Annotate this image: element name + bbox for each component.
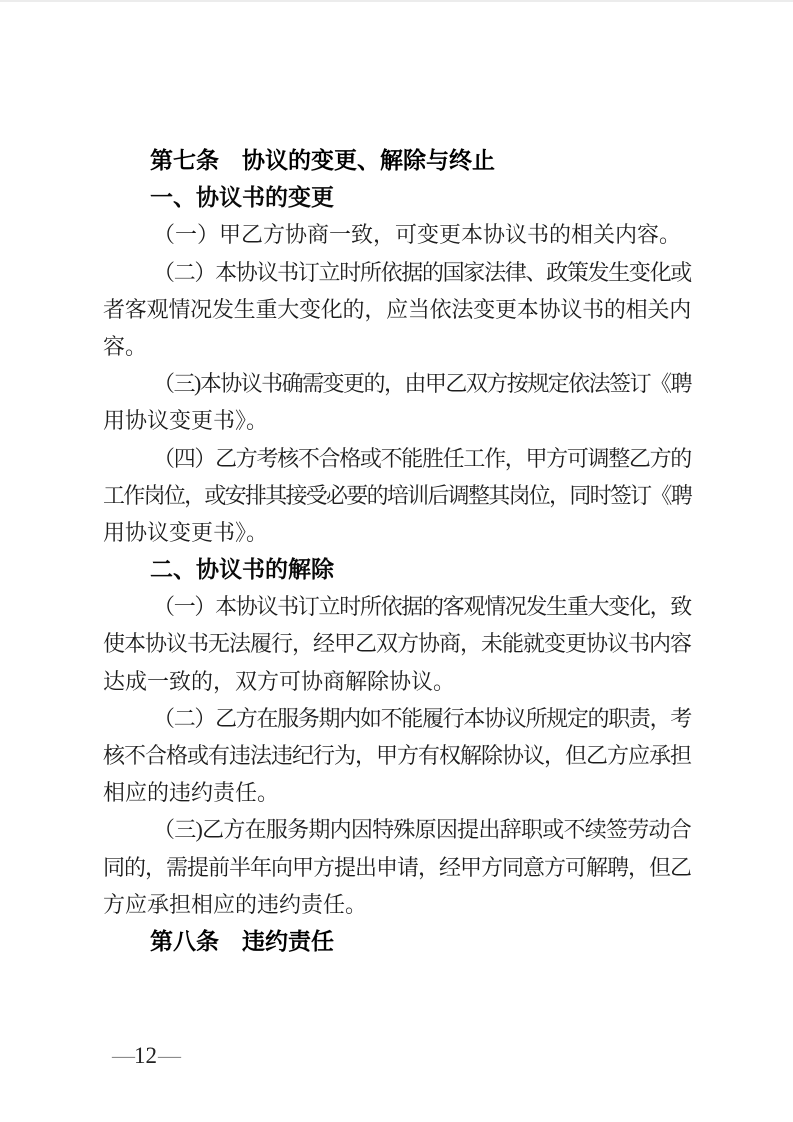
section-heading: 二、协议书的解除 [103,551,691,588]
text-line-content: （二）乙方在服务期内如不能履行本协议所规定的职责，考 [153,700,691,737]
text-line-content: 使本协议书无法履行，经甲乙双方协商，未能就变更协议书内容 [103,625,691,662]
text-line: 容。 [103,328,691,365]
text-line: （三)乙方在服务期内因特殊原因提出辞职或不续签劳动合 [103,811,691,848]
text-line-content: 核不合格或有违法违纪行为，甲方有权解除协议，但乙方应承担 [103,737,691,774]
page-top-edge [0,0,793,2]
text-line-content: 者客观情况发生重大变化的，应当依法变更本协议书的相关内 [103,291,691,328]
page-number-dash-left: — [112,1043,133,1068]
text-line-content: 工作岗位，或安排其接受必要的培训后调整其岗位，同时签订《聘 [103,477,691,514]
text-line-content: （四）乙方考核不合格或不能胜任工作，甲方可调整乙方的 [153,440,691,477]
text-line: 工作岗位，或安排其接受必要的培训后调整其岗位，同时签订《聘 [103,477,691,514]
page-number-dash-right: — [158,1043,179,1068]
text-line-content: 同的，需提前半年向甲方提出申请，经甲方同意方可解聘，但乙 [103,849,691,886]
text-line: 核不合格或有违法违纪行为，甲方有权解除协议，但乙方应承担 [103,737,691,774]
text-line: 方应承担相应的违约责任。 [103,886,691,923]
section-heading: 一、协议书的变更 [103,179,691,216]
text-line: 使本协议书无法履行，经甲乙双方协商，未能就变更协议书内容 [103,625,691,662]
text-line-content: 方应承担相应的违约责任。 [103,886,367,923]
text-line-content: 容。 [103,328,147,365]
text-line-content: （二）本协议书订立时所依据的国家法律、政策发生变化或 [153,254,691,291]
text-line: （四）乙方考核不合格或不能胜任工作，甲方可调整乙方的 [103,440,691,477]
text-line-content: （三)乙方在服务期内因特殊原因提出辞职或不续签劳动合 [153,811,691,848]
text-line-content: （一）甲乙方协商一致，可变更本协议书的相关内容。 [153,216,681,253]
document-body: 第七条 协议的变更、解除与终止一、协议书的变更（一）甲乙方协商一致，可变更本协议… [103,142,691,960]
page-number-value: 12 [133,1043,158,1068]
text-line-content: （一）本协议书订立时所依据的客观情况发生重大变化，致 [153,588,691,625]
text-line: （一）本协议书订立时所依据的客观情况发生重大变化，致 [103,588,691,625]
text-line: （三)本协议书确需变更的，由甲乙双方按规定依法签订《聘 [103,365,691,402]
text-line-content: （三)本协议书确需变更的，由甲乙双方按规定依法签订《聘 [153,365,691,402]
text-line: 达成一致的，双方可协商解除协议。 [103,663,691,700]
text-line: （二）本协议书订立时所依据的国家法律、政策发生变化或 [103,254,691,291]
document-page: 第七条 协议的变更、解除与终止一、协议书的变更（一）甲乙方协商一致，可变更本协议… [0,0,793,1122]
text-line: 同的，需提前半年向甲方提出申请，经甲方同意方可解聘，但乙 [103,849,691,886]
text-line: （一）甲乙方协商一致，可变更本协议书的相关内容。 [103,216,691,253]
section-heading: 第七条 协议的变更、解除与终止 [103,142,691,179]
text-line: （二）乙方在服务期内如不能履行本协议所规定的职责，考 [103,700,691,737]
text-line-content: 一、协议书的变更 [150,179,334,216]
text-line-content: 第八条 违约责任 [150,923,334,960]
text-line-content: 相应的违约责任。 [103,774,279,811]
text-line-content: 用协议变更书》。 [103,402,268,439]
text-line-content: 达成一致的，双方可协商解除协议。 [103,663,455,700]
page-number: —12— [112,1042,179,1070]
text-line: 用协议变更书》。 [103,514,691,551]
section-heading: 第八条 违约责任 [103,923,691,960]
text-line: 用协议变更书》。 [103,402,691,439]
text-line-content: 用协议变更书》。 [103,514,268,551]
text-line: 者客观情况发生重大变化的，应当依法变更本协议书的相关内 [103,291,691,328]
text-line-content: 二、协议书的解除 [150,551,334,588]
text-line: 相应的违约责任。 [103,774,691,811]
text-line-content: 第七条 协议的变更、解除与终止 [150,142,495,179]
